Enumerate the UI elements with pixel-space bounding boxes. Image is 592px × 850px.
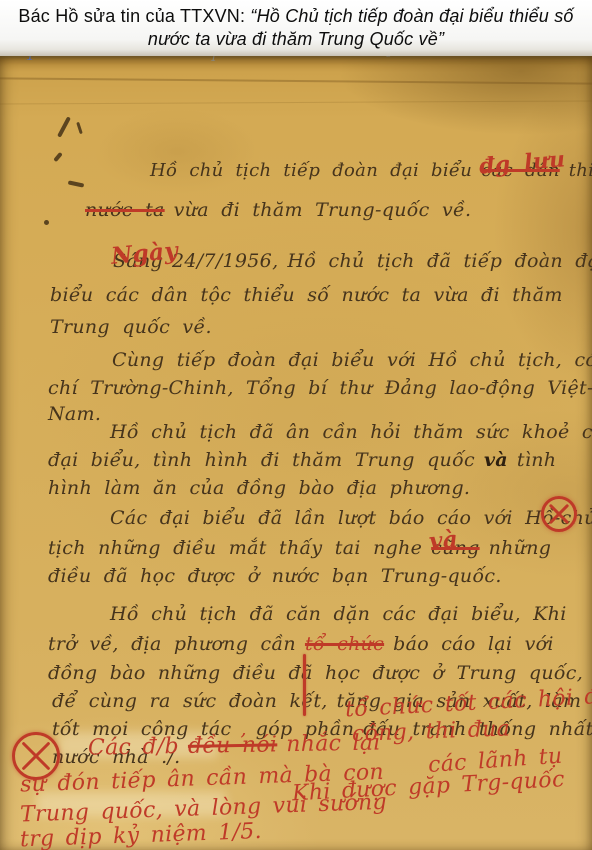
manuscript-line: Hồ chủ tịch đã ân cần hỏi thăm sức khoẻ … [110, 421, 592, 443]
text-segment: hình làm ăn của đồng bào địa phương. [48, 477, 470, 499]
red-correction-line: Các đ/bđều nóinhắc lại [88, 730, 390, 760]
text-segment: nước ta [85, 199, 165, 221]
manuscript-line: đồng bào những điều đã học được ở Trung … [48, 662, 592, 684]
manuscript-line: trở về, địa phương cầntổ chứcbáo cáo lại… [48, 633, 563, 655]
text-segment: Các đại biểu đã lần lượt báo cáo với Hồ-… [110, 507, 592, 529]
text-segment: và [484, 449, 508, 471]
caption-quote-part1: “Hồ Chủ tịch tiếp đoàn đại biểu thiểu số [250, 6, 573, 26]
text-segment: đều nói [188, 732, 278, 759]
manuscript-line: tịch những điều mắt thấy tai nghecũngvàn… [48, 537, 560, 559]
scanned-document-page: { "header": { "prefix": "Bác Hồ sửa tin … [0, 0, 592, 850]
text-segment: đại biểu, tình hình đi thăm Trung quốc [48, 449, 475, 471]
text-segment: 24/7/1956, [172, 250, 278, 272]
manuscript-line: SángNgày24/7/1956,Hồ chủ tịch đã tiếp đo… [113, 250, 592, 272]
caption-prefix: Bác Hồ sửa tin của TTXVN: [18, 6, 250, 26]
text-segment: Hồ chủ tịch đã tiếp đoàn đại [287, 250, 592, 272]
paper-crease [0, 100, 592, 104]
text-segment: Hồ chủ tịch tiếp đoàn đại biểu [150, 160, 472, 181]
text-segment: báo cáo lại với [393, 633, 554, 655]
text-segment: đồng bào những điều đã học được ở Trung … [48, 662, 583, 684]
caption-line-1: Bác Hồ sửa tin của TTXVN: “Hồ Chủ tịch t… [0, 5, 592, 28]
text-segment: những [489, 537, 552, 559]
manuscript-line: chí Trường-Chinh, Tổng bí thư Đảng lao-đ… [48, 377, 592, 399]
ink-smudge [76, 122, 83, 134]
overwritten-word: SángNgày [113, 250, 163, 272]
text-segment: tịch những điều mắt thấy tai nghe [48, 537, 422, 559]
text-segment: biểu các dân tộc thiểu số nước ta vừa đi… [50, 284, 563, 306]
manuscript-line: điều đã học được ở nước bạn Trung-quốc. [48, 565, 511, 587]
text-segment: tình [517, 449, 556, 471]
overwritten-word: các dânđg lưu [481, 160, 560, 181]
ink-smudge [68, 180, 84, 187]
manuscript-line: Cùng tiếp đoàn đại biểu với Hồ chủ tịch,… [112, 349, 592, 371]
red-circle-x-mark [12, 732, 60, 780]
manuscript-line: biểu các dân tộc thiểu số nước ta vừa đi… [50, 284, 572, 306]
manuscript-line: Nam. [48, 403, 110, 425]
ink-smudge [53, 152, 62, 162]
text-segment: Trung quốc về. [50, 316, 212, 338]
text-segment: thiểu số [569, 160, 592, 181]
text-segment: Hồ chủ tịch đã ân cần hỏi thăm sức khoẻ … [110, 421, 592, 443]
text-segment: vừa đi thăm Trung-quốc về. [174, 199, 472, 221]
text-segment: trở về, địa phương cần [48, 633, 296, 655]
text-segment: chí Trường-Chinh, Tổng bí thư Đảng lao-đ… [48, 377, 592, 399]
text-segment: tổ chức [305, 633, 384, 655]
paper-crease [0, 77, 592, 84]
text-segment: Các đ/b [88, 734, 179, 761]
caption-strip: Bác Hồ sửa tin của TTXVN: “Hồ Chủ tịch t… [0, 0, 592, 56]
red-correction-line: tổ chức tốt các hội đổi [345, 683, 592, 723]
ink-smudge [44, 220, 49, 225]
red-overwrite: Ngày [110, 237, 179, 270]
manuscript-paper: Hồ chủ tịch tiếp đoàn đại biểucác dânđg … [0, 56, 592, 850]
manuscript-line: nước tavừa đi thăm Trung-quốc về. [85, 199, 480, 221]
ink-smudge [57, 116, 71, 137]
red-overwrite: và [428, 526, 459, 555]
manuscript-line: hình làm ăn của đồng bào địa phương. [48, 477, 479, 499]
manuscript-line: Trung quốc về. [50, 316, 221, 338]
red-circle-x-mark [541, 496, 577, 532]
text-segment: Cùng tiếp đoàn đại biểu với Hồ chủ tịch,… [112, 349, 592, 371]
text-segment: để cùng ra sức đoàn kết, [52, 690, 328, 712]
text-segment: điều đã học được ở nước bạn Trung-quốc. [48, 565, 502, 587]
manuscript-line: đại biểu, tình hình đi thăm Trung quốcvà… [48, 449, 565, 471]
manuscript-line: Hồ chủ tịch tiếp đoàn đại biểucác dânđg … [150, 160, 592, 181]
text-segment: Nam. [48, 403, 101, 425]
red-insert-line [303, 654, 306, 716]
text-segment: Hồ chủ tịch đã căn dặn các đại biểu, Khi [110, 603, 567, 625]
text-segment: nhắc lại [286, 731, 381, 758]
manuscript-line: Hồ chủ tịch đã căn dặn các đại biểu, Khi [110, 603, 576, 625]
text-segment: tổ chức tốt các hội đổi [345, 683, 592, 722]
caption-line-2: nước ta vừa đi thăm Trung Quốc về” [0, 28, 592, 51]
overwritten-word: cũngvà [431, 537, 479, 559]
manuscript-line: Các đại biểu đã lần lượt báo cáo với Hồ-… [110, 507, 592, 529]
